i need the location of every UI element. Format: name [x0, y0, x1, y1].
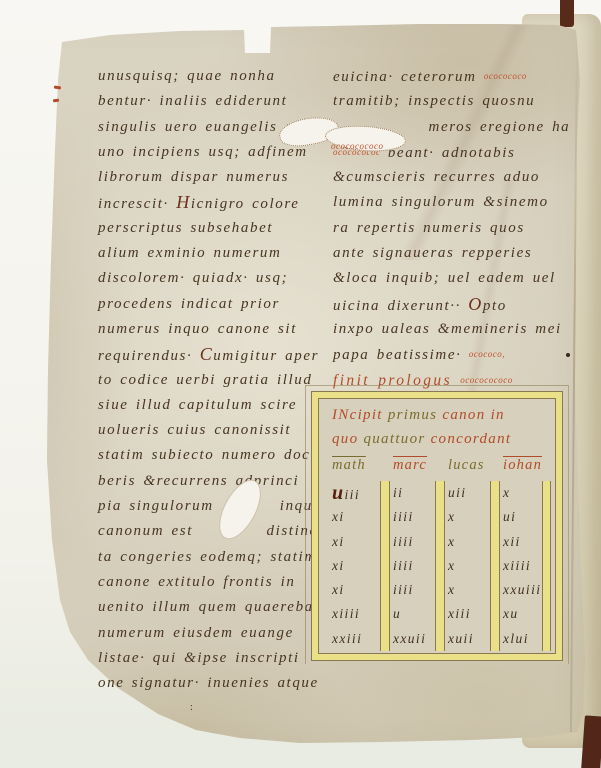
- text-line: beris &recurrens adprinci: [98, 469, 330, 494]
- table-cell: xi: [332, 505, 393, 529]
- table-row: xiiiiixxxuiii: [319, 578, 555, 602]
- table-cell: x: [448, 530, 503, 554]
- canon-table-inner: INcipit primus canon inquo quattuor conc…: [318, 398, 556, 654]
- text-segment: requirendus·: [98, 348, 200, 364]
- text-segment: cipit: [350, 407, 388, 423]
- canon-title-line: quo quattuor concordant: [332, 427, 551, 451]
- wormhole: [566, 353, 570, 357]
- red-dot-chain: ocococococo: [331, 141, 383, 151]
- text-line: unusquisq; quae nonha: [98, 64, 330, 89]
- canon-table-frame: INcipit primus canon inquo quattuor conc…: [311, 391, 563, 661]
- text-line: numerus inquo canone sit: [98, 317, 330, 342]
- table-row: xiiiiixui: [319, 505, 555, 529]
- left-text-column: unusquisq; quae nonhabentur· inaliis edi…: [98, 64, 330, 696]
- table-row: xiiiiuxiiixu: [319, 602, 555, 626]
- text-line: listae· qui &ipse inscripti: [98, 646, 330, 671]
- text-line: numerum eiusdem euange: [98, 621, 330, 646]
- text-segment: beant· adnotabis: [380, 145, 515, 161]
- text-segment: H: [176, 192, 191, 212]
- text-segment: uicina dixerunt··: [333, 298, 468, 314]
- text-line: procedens indicat prior: [98, 292, 330, 317]
- text-segment: ocococo,: [469, 349, 505, 359]
- text-line: alium exminio numerum: [98, 241, 330, 266]
- table-cell: ui: [503, 505, 555, 529]
- binding-board-corner: [581, 715, 601, 768]
- table-cell: x: [448, 505, 503, 529]
- text-line: &cumscieris recurres aduo: [333, 165, 573, 190]
- text-line: one signatur· inuenies atque: [98, 671, 330, 696]
- table-cell: iiii: [393, 554, 448, 578]
- text-line: uenito illum quem quaerebas: [98, 595, 330, 620]
- text-line: discolorem· quiadx· usq;: [98, 266, 330, 291]
- table-cell: x: [448, 578, 503, 602]
- evangelist-name: math: [332, 457, 393, 474]
- table-cell: iiii: [393, 505, 448, 529]
- canon-table: INcipit primus canon inquo quattuor conc…: [311, 391, 563, 661]
- text-segment: IN: [332, 407, 350, 423]
- table-row: uiiiiiuiix: [319, 481, 555, 505]
- table-row: xxiiixxuiixuiixlui: [319, 627, 555, 651]
- evangelist-header-row: mathmarclucasiohan: [332, 457, 551, 474]
- table-cell: xiii: [448, 602, 503, 626]
- text-segment: ocococococo: [460, 375, 512, 385]
- text-line: euicina· ceterorum ococococo: [333, 64, 573, 89]
- text-segment: pto: [483, 298, 507, 314]
- text-line: bentur· inaliis ediderunt: [98, 89, 330, 114]
- text-segment: O: [468, 294, 483, 314]
- red-speck: [54, 86, 61, 90]
- table-cell: xi: [332, 578, 393, 602]
- text-segment: euicina· ceterorum: [333, 69, 484, 85]
- text-line: uicina dixerunt·· Opto: [333, 292, 573, 317]
- text-segment: icnigro colore: [191, 196, 300, 212]
- text-line: ta congeries eodemq; statim: [98, 545, 330, 570]
- text-line: lumina singulorum &sinemo: [333, 190, 573, 215]
- text-line: ante signaueras repperies: [333, 241, 573, 266]
- text-line: papa beatissime· ocococo,: [333, 342, 573, 367]
- text-segment: papa beatissime·: [333, 347, 469, 363]
- quire-mark: :: [190, 702, 193, 713]
- table-cell: ii: [393, 481, 448, 507]
- text-line: ra repertis numeris quos: [333, 216, 573, 241]
- table-row: xiiiiixxiiii: [319, 554, 555, 578]
- text-segment: increscit·: [98, 196, 176, 212]
- table-cell: xuii: [448, 627, 503, 651]
- table-cell: xxiii: [332, 627, 393, 651]
- text-line: canone extitulo frontis in: [98, 570, 330, 595]
- table-cell: xxuiii: [503, 578, 555, 602]
- table-cell: xiiii: [332, 602, 393, 626]
- text-segment: quo: [332, 431, 363, 447]
- evangelist-name: marc: [393, 457, 448, 474]
- text-line: increscit· Hicnigro colore: [98, 190, 330, 215]
- table-cell: xii: [503, 530, 555, 554]
- table-cell: xiiii: [503, 554, 555, 578]
- right-text-column: euicina· ceterorum ococococotramitib; in…: [333, 64, 573, 393]
- table-cell: xi: [332, 530, 393, 554]
- evangelist-name: lucas: [448, 457, 503, 474]
- table-cell: x: [503, 481, 555, 507]
- text-line: uolueris cuius canonissit: [98, 418, 330, 443]
- text-line: to codice uerbi gratia illud: [98, 368, 330, 393]
- text-segment: primus: [388, 407, 443, 423]
- text-line: canonum est distinc: [98, 519, 330, 544]
- text-segment: quattuor: [363, 431, 430, 447]
- text-segment: canon in: [442, 407, 504, 423]
- evangelist-name: iohan: [503, 457, 551, 474]
- text-line: &loca inquib; uel eadem uel: [333, 266, 573, 291]
- text-segment: umigitur aper: [213, 348, 319, 364]
- table-cell: uiii: [332, 481, 393, 507]
- table-cell: iiii: [393, 578, 448, 602]
- text-line: statim subiecto numero doce: [98, 443, 330, 468]
- text-segment: ococococo: [484, 71, 527, 81]
- text-line: librorum dispar numerus: [98, 165, 330, 190]
- text-line: pia singulorum inquib;: [98, 494, 330, 519]
- red-speck: [53, 99, 59, 103]
- table-row: xiiiiixxii: [319, 530, 555, 554]
- text-line: perscriptus subsehabet: [98, 216, 330, 241]
- table-cell: x: [448, 554, 503, 578]
- text-segment: concordant: [431, 431, 512, 447]
- text-line: tramitib; inspectis quosnu: [333, 89, 573, 114]
- text-line: inxpo ualeas &memineris mei: [333, 317, 573, 342]
- text-segment: C: [200, 344, 214, 364]
- table-cell: uii: [448, 481, 503, 507]
- canon-title-line: INcipit primus canon in: [332, 403, 551, 427]
- binding-ribbon: [560, 0, 574, 27]
- table-cell: xu: [503, 602, 555, 626]
- table-cell: xi: [332, 554, 393, 578]
- table-cell: xxuii: [393, 627, 448, 651]
- table-cell: xlui: [503, 627, 555, 651]
- text-line: requirendus· Cumigitur aper: [98, 342, 330, 367]
- table-cell: u: [393, 602, 448, 626]
- canon-table-grid: uiiiiiuiixxiiiiixuixiiiiixxiixiiiiixxiii…: [319, 481, 555, 651]
- table-cell: iiii: [393, 530, 448, 554]
- canon-table-title: INcipit primus canon inquo quattuor conc…: [332, 403, 551, 451]
- text-line: siue illud capitulum scire: [98, 393, 330, 418]
